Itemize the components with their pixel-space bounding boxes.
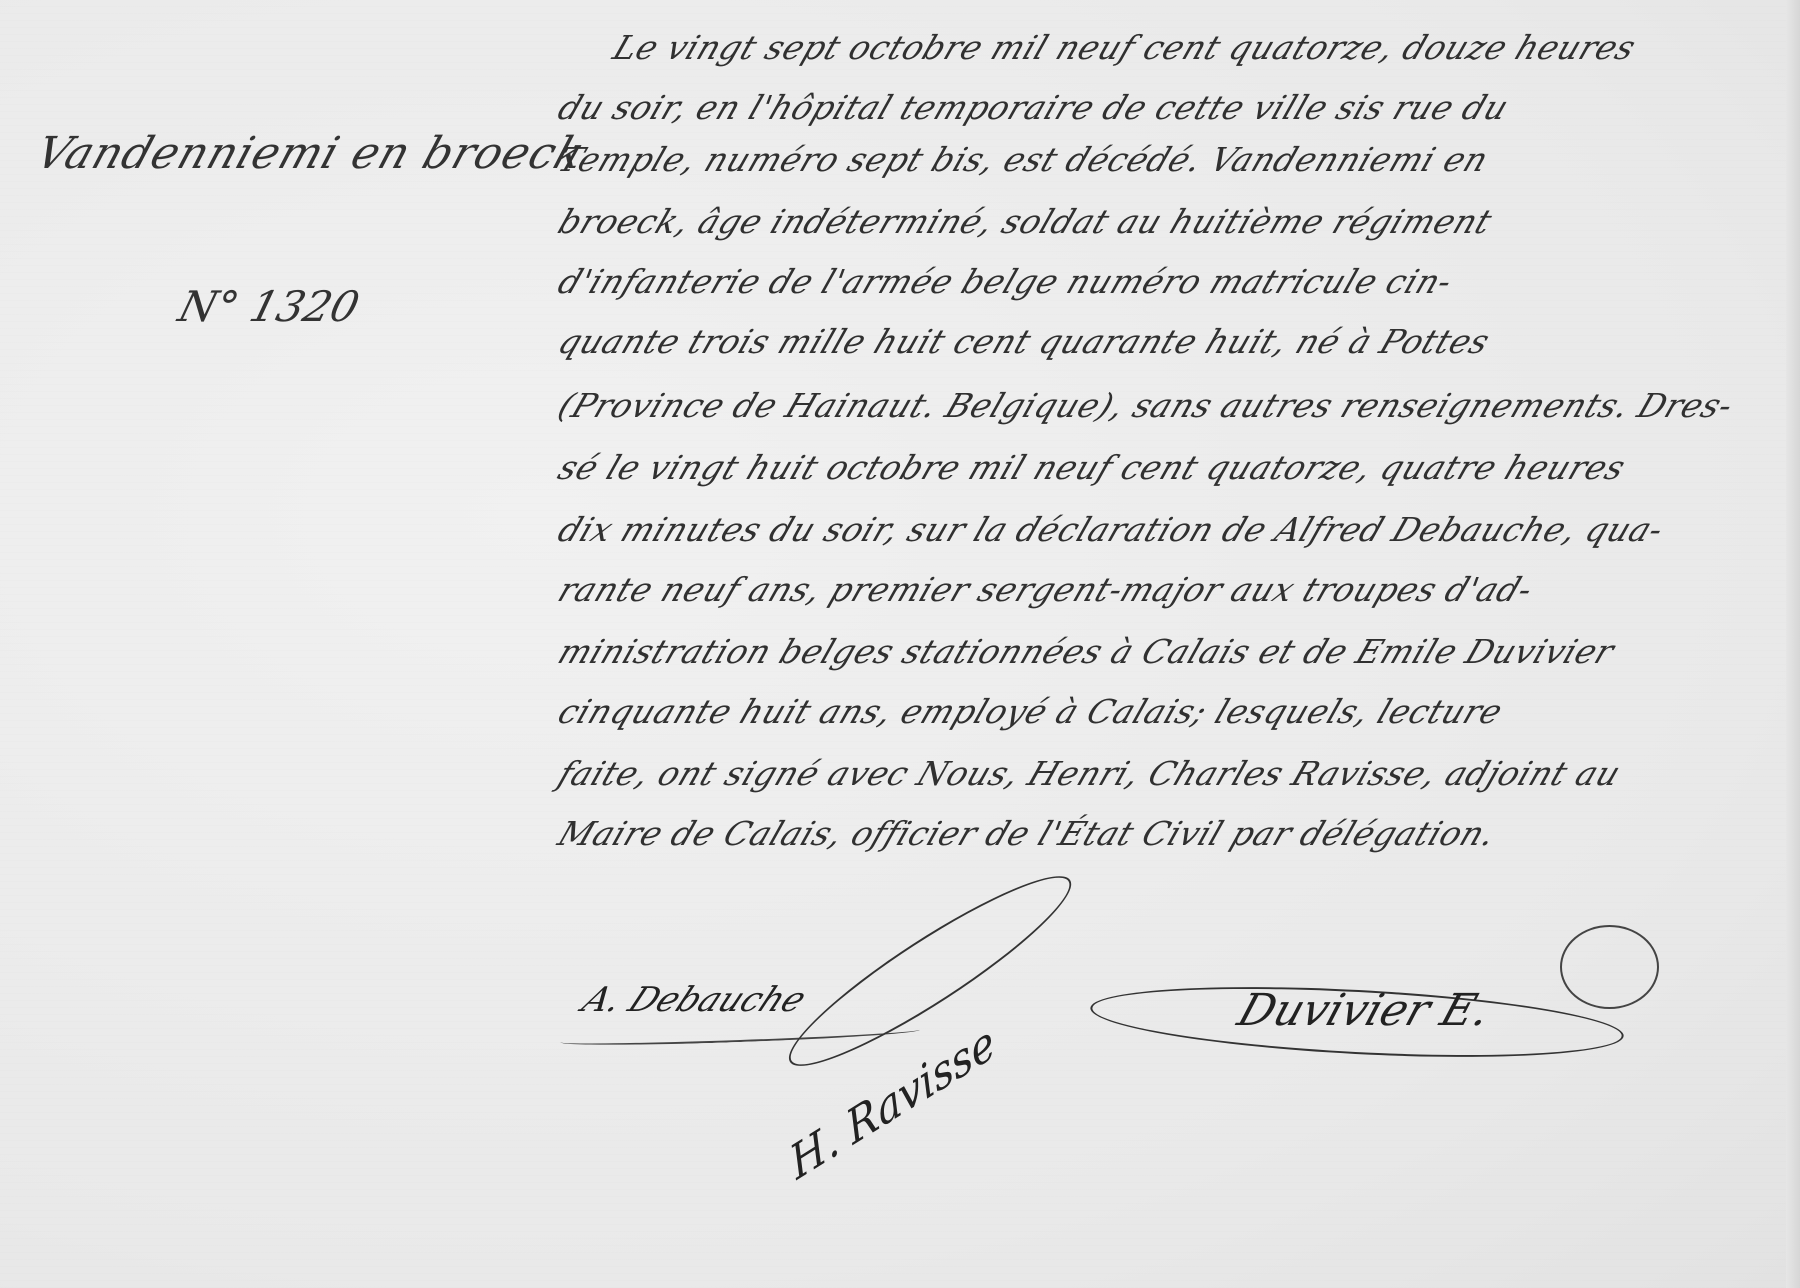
record-line: faite, ont signé avec Nous, Henri, Charl…	[553, 754, 1626, 793]
record-line: cinquante huit ans, employé à Calais; le…	[553, 692, 1508, 731]
record-line: Temple, numéro sept bis, est décédé. Van…	[553, 140, 1494, 179]
record-line: (Province de Hainaut. Belgique), sans au…	[553, 386, 1739, 425]
record-line: ministration belges stationnées à Calais…	[553, 632, 1620, 671]
record-line: du soir, en l'hôpital temporaire de cett…	[553, 88, 1514, 127]
signature-declarant-1: A. Debauche	[576, 980, 813, 1020]
signature-flourish	[1560, 925, 1659, 1009]
deceased-name-margin: Vandenniemi en broeck	[30, 128, 592, 179]
page-edge	[1786, 0, 1800, 1288]
record-line: sé le vingt huit octobre mil neuf cent q…	[553, 448, 1631, 487]
record-line: dix minutes du soir, sur la déclaration …	[553, 510, 1669, 549]
record-number: N° 1320	[173, 282, 364, 331]
record-line: d'infanterie de l'armée belge numéro mat…	[553, 262, 1458, 301]
margin-column: Vandenniemi en broeck N° 1320	[0, 0, 560, 1288]
record-line: Maire de Calais, officier de l'État Civi…	[553, 814, 1502, 853]
record-line: broeck, âge indéterminé, soldat au huiti…	[553, 202, 1498, 241]
record-line: Le vingt sept octobre mil neuf cent quat…	[608, 28, 1642, 67]
signature-declarant-2: Duvivier E.	[1232, 985, 1497, 1036]
record-line: rante neuf ans, premier sergent-major au…	[553, 570, 1539, 609]
record-line: quante trois mille huit cent quarante hu…	[553, 322, 1495, 361]
